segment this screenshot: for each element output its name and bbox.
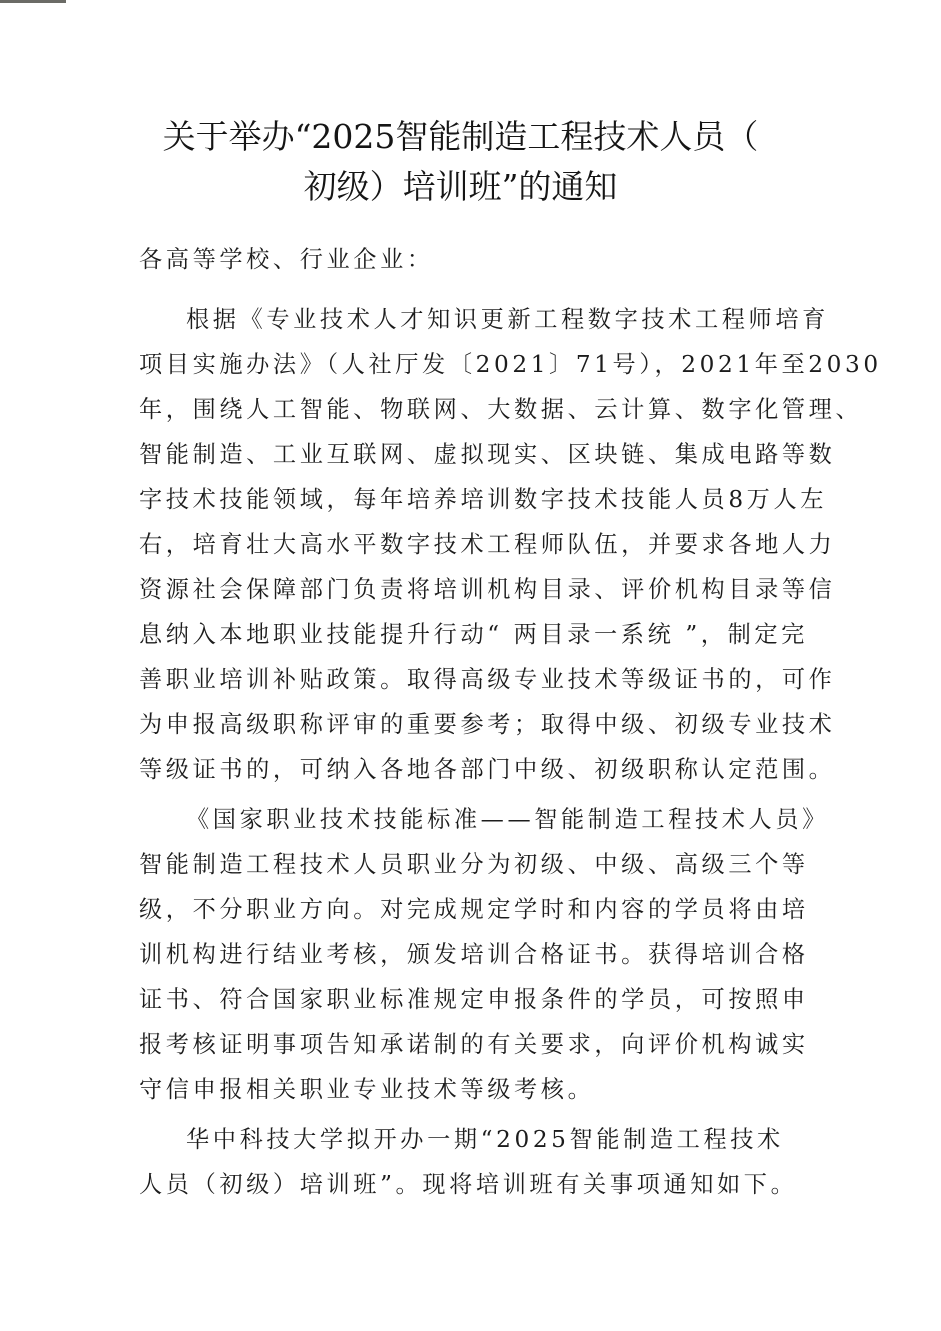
paragraph-line: 字技术技能领域，每年培养培训数字技术技能人员8万人左 [139, 476, 827, 523]
paragraph-line: 训机构进行结业考核，颁发培训合格证书。获得培训合格 [139, 931, 809, 978]
paragraph-line: 《国家职业技术技能标准——智能制造工程技术人员》 [186, 796, 829, 843]
paragraph-line: 报考核证明事项告知承诺制的有关要求，向评价机构诚实 [139, 1021, 809, 1068]
paragraph-line: 善职业培训补贴政策。取得高级专业技术等级证书的，可作 [139, 656, 835, 703]
paragraph-line: 等级证书的，可纳入各地各部门中级、初级职称认定范围。 [139, 746, 835, 793]
paragraph-line: 华中科技大学拟开办一期“2025智能制造工程技术 [186, 1116, 784, 1163]
paragraph-line: 息纳入本地职业技能提升行动“ 两目录一系统 ”，制定完 [139, 611, 808, 658]
paragraph-line: 证书、符合国家职业标准规定申报条件的学员，可按照申 [139, 976, 809, 1023]
paragraph-line: 右，培育壮大高水平数字技术工程师队伍，并要求各地人力 [139, 521, 835, 568]
paragraph-line: 为申报高级职称评审的重要参考；取得中级、初级专业技术 [139, 701, 835, 748]
paragraph-line: 智能制造工程技术人员职业分为初级、中级、高级三个等 [139, 841, 809, 888]
paragraph-line: 级，不分职业方向。对完成规定学时和内容的学员将由培 [139, 886, 809, 933]
paragraph-line: 项目实施办法》（人社厅发〔2021〕71号），2021年至2030 [139, 341, 882, 388]
salutation: 各高等学校、行业企业： [139, 236, 434, 283]
document-title-line-2: 初级）培训班”的通知 [0, 157, 931, 217]
paragraph-line: 人员（初级）培训班”。现将培训班有关事项通知如下。 [139, 1161, 797, 1208]
scan-edge-artifact [0, 0, 66, 3]
paragraph-line: 智能制造、工业互联网、虚拟现实、区块链、集成电路等数 [139, 431, 835, 478]
paragraph-line: 根据《专业技术人才知识更新工程数字技术工程师培育 [186, 296, 829, 343]
paragraph-line: 年，围绕人工智能、物联网、大数据、云计算、数字化管理、 [139, 386, 862, 433]
paragraph-line: 资源社会保障部门负责将培训机构目录、评价机构目录等信 [139, 566, 835, 613]
paragraph-line: 守信申报相关职业专业技术等级考核。 [139, 1066, 594, 1113]
